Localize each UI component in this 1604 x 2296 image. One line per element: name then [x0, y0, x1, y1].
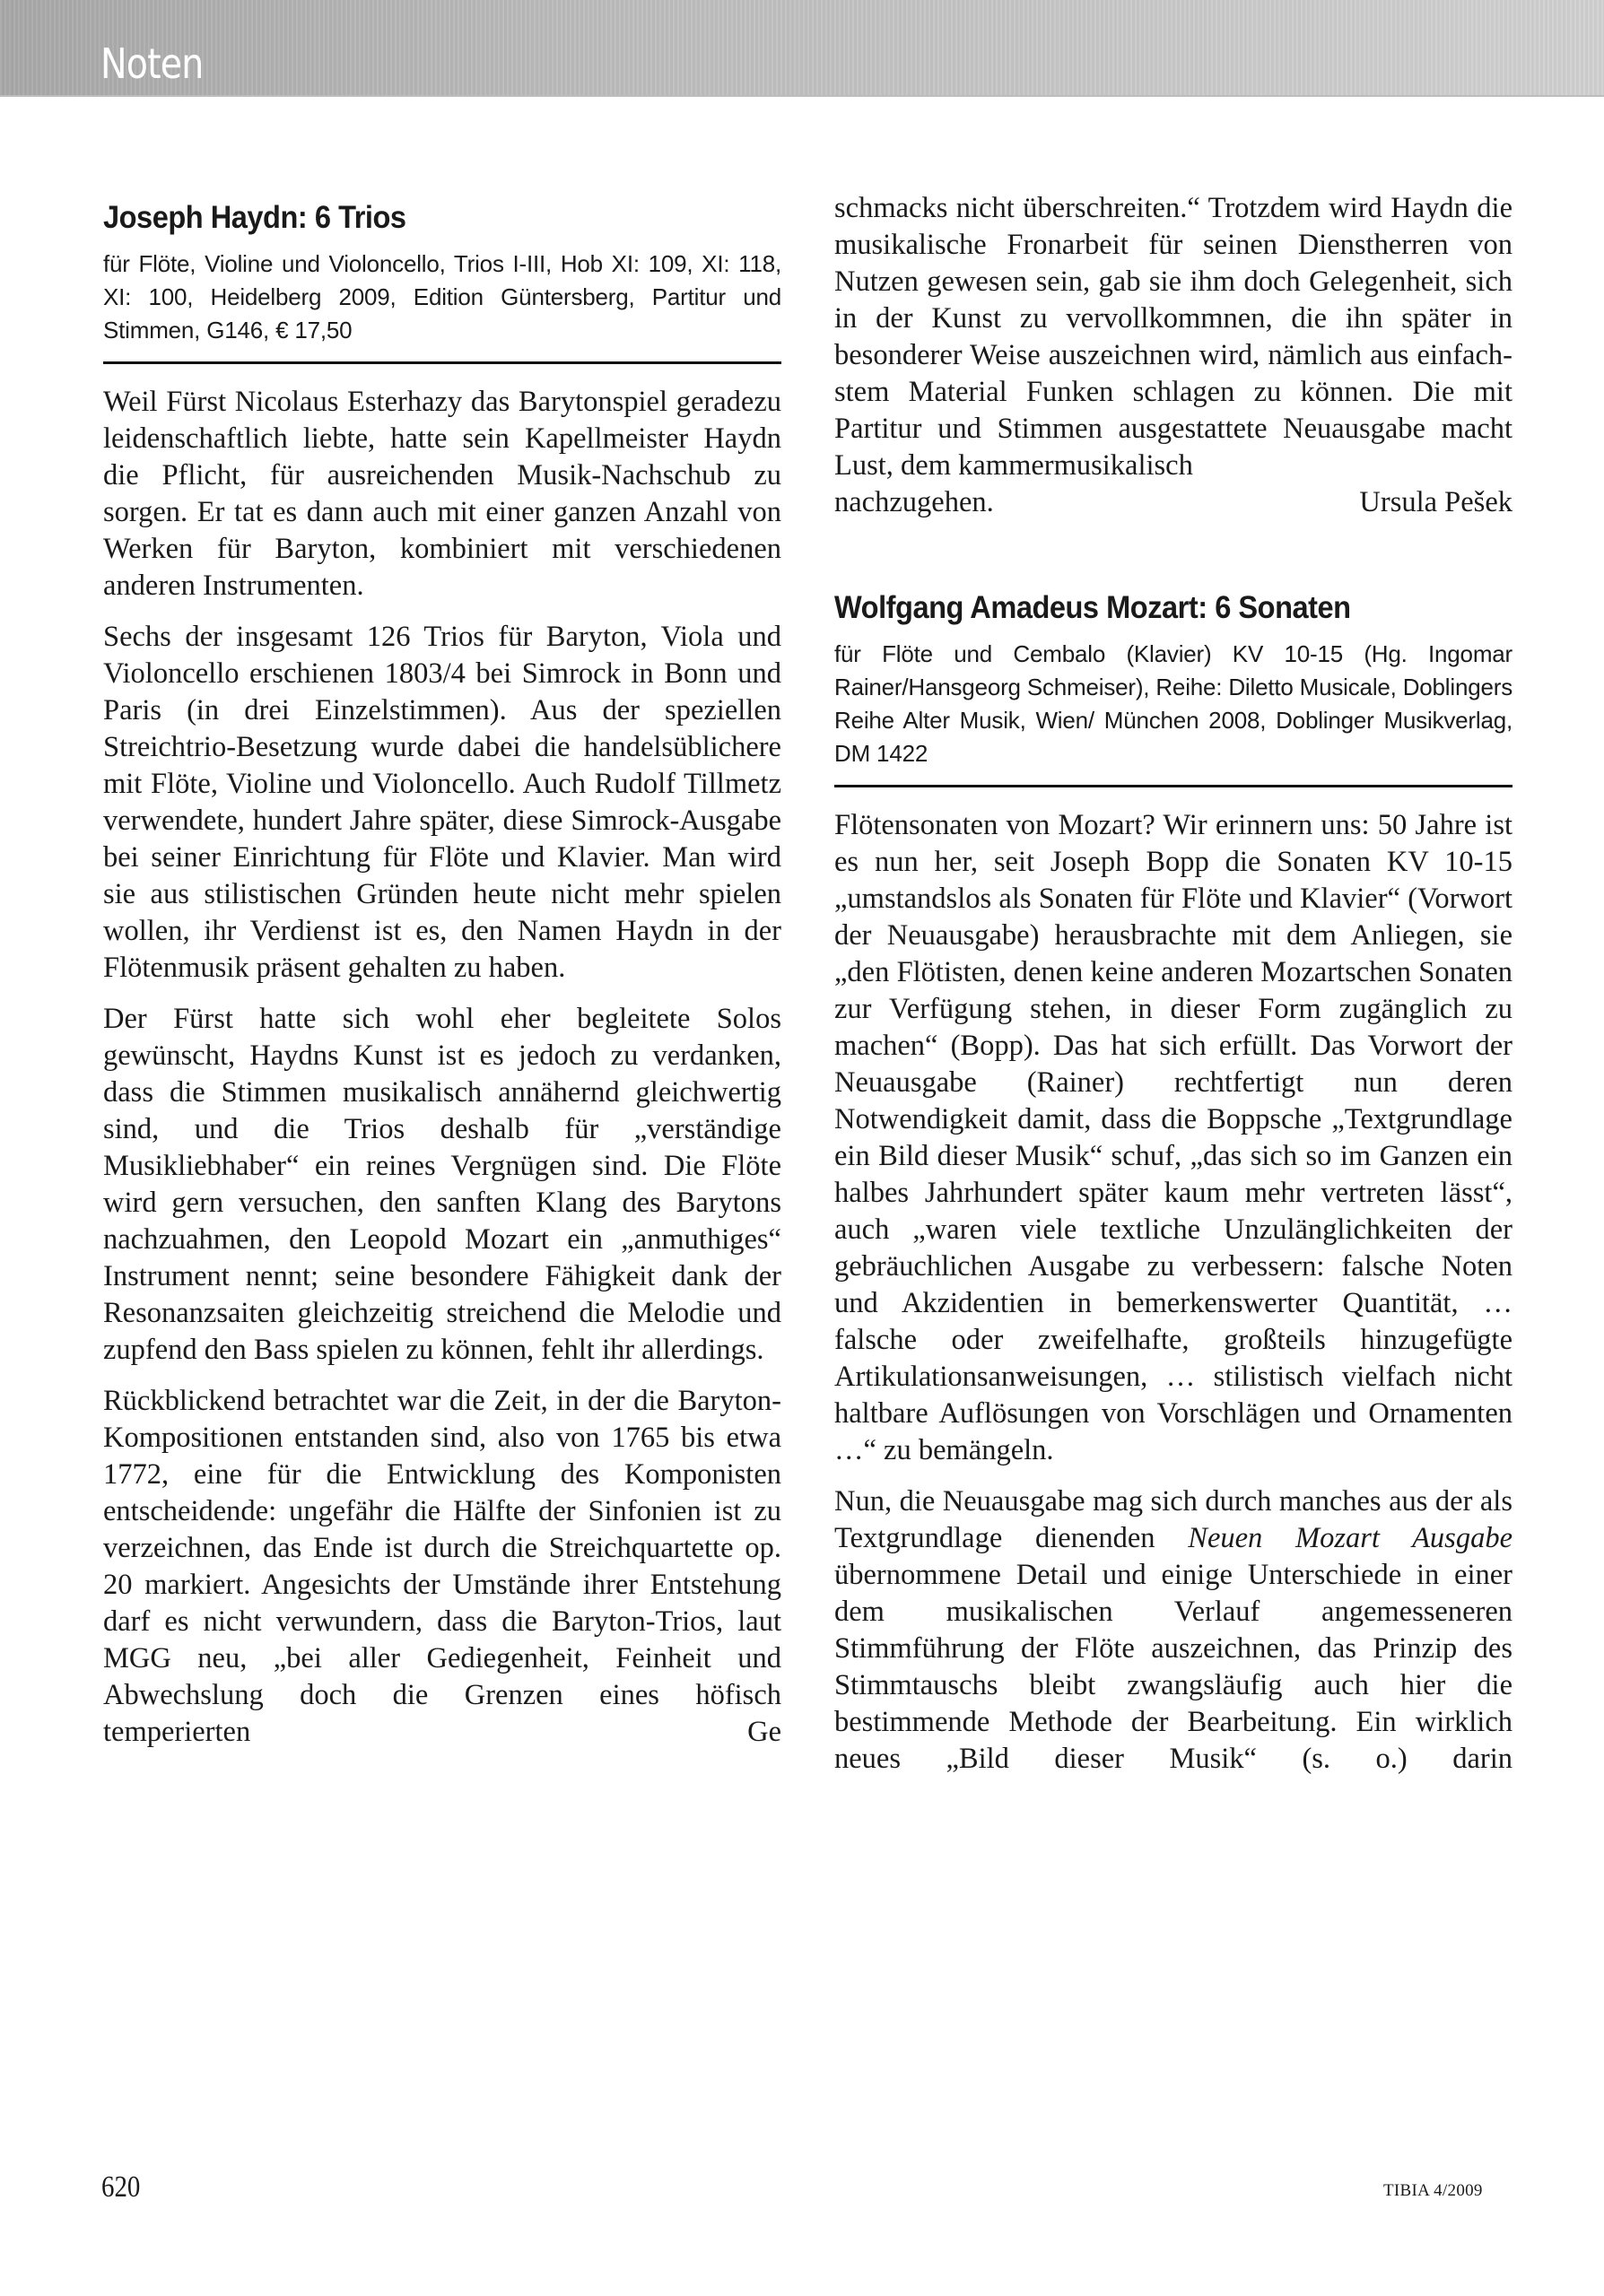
- review-paragraph-continued: schmacks nicht überschreiten.“ Trotzdem …: [834, 190, 1512, 484]
- review-spacer: [834, 521, 1512, 580]
- review-haydn: Joseph Haydn: 6 Trios für Flöte, Violine…: [103, 197, 781, 1751]
- review-paragraph: Nun, die Neuausgabe mag sich durch manch…: [834, 1483, 1512, 1778]
- review-paragraph: Der Fürst hatte sich wohl eher begleitet…: [103, 1001, 781, 1369]
- separator-rule: [834, 785, 1512, 787]
- review-title: Joseph Haydn: 6 Trios: [103, 197, 734, 239]
- review-paragraph: Rückblickend betrachtet war die Zeit, in…: [103, 1383, 781, 1751]
- journal-issue: TIBIA 4/2009: [1383, 2181, 1483, 2201]
- left-column: Joseph Haydn: 6 Trios für Flöte, Violine…: [103, 190, 781, 1765]
- review-paragraph: Flötensonaten von Mozart? Wir erinnern u…: [834, 807, 1512, 1469]
- review-bibliographic-info: für Flöte, Violine und Violoncello, Trio…: [103, 248, 781, 347]
- review-author: Ursula Pešek: [1359, 484, 1512, 521]
- italic-publication-title: Neuen Mozart Ausgabe: [1188, 1522, 1512, 1554]
- paragraph-text: übernommene Detail und einige Unterschie…: [834, 1559, 1512, 1775]
- review-signature-line: nachzugehen. Ursula Pešek: [834, 484, 1512, 521]
- review-bibliographic-info: für Flöte und Cembalo (Klavier) KV 10-15…: [834, 638, 1512, 770]
- section-header-band: [0, 0, 1604, 97]
- review-paragraph: Weil Fürst Nicolaus Esterhazy das Baryto…: [103, 384, 781, 604]
- section-title: Noten: [100, 39, 203, 88]
- right-column: schmacks nicht überschreiten.“ Trotzdem …: [834, 190, 1512, 1792]
- review-mozart: Wolfgang Amadeus Mozart: 6 Sonaten für F…: [834, 587, 1512, 1778]
- closing-text: nachzugehen.: [834, 484, 994, 521]
- separator-rule: [103, 361, 781, 364]
- review-title: Wolfgang Amadeus Mozart: 6 Sonaten: [834, 587, 1465, 629]
- page-number: 620: [101, 2170, 140, 2205]
- review-paragraph: Sechs der insgesamt 126 Trios für Baryto…: [103, 619, 781, 987]
